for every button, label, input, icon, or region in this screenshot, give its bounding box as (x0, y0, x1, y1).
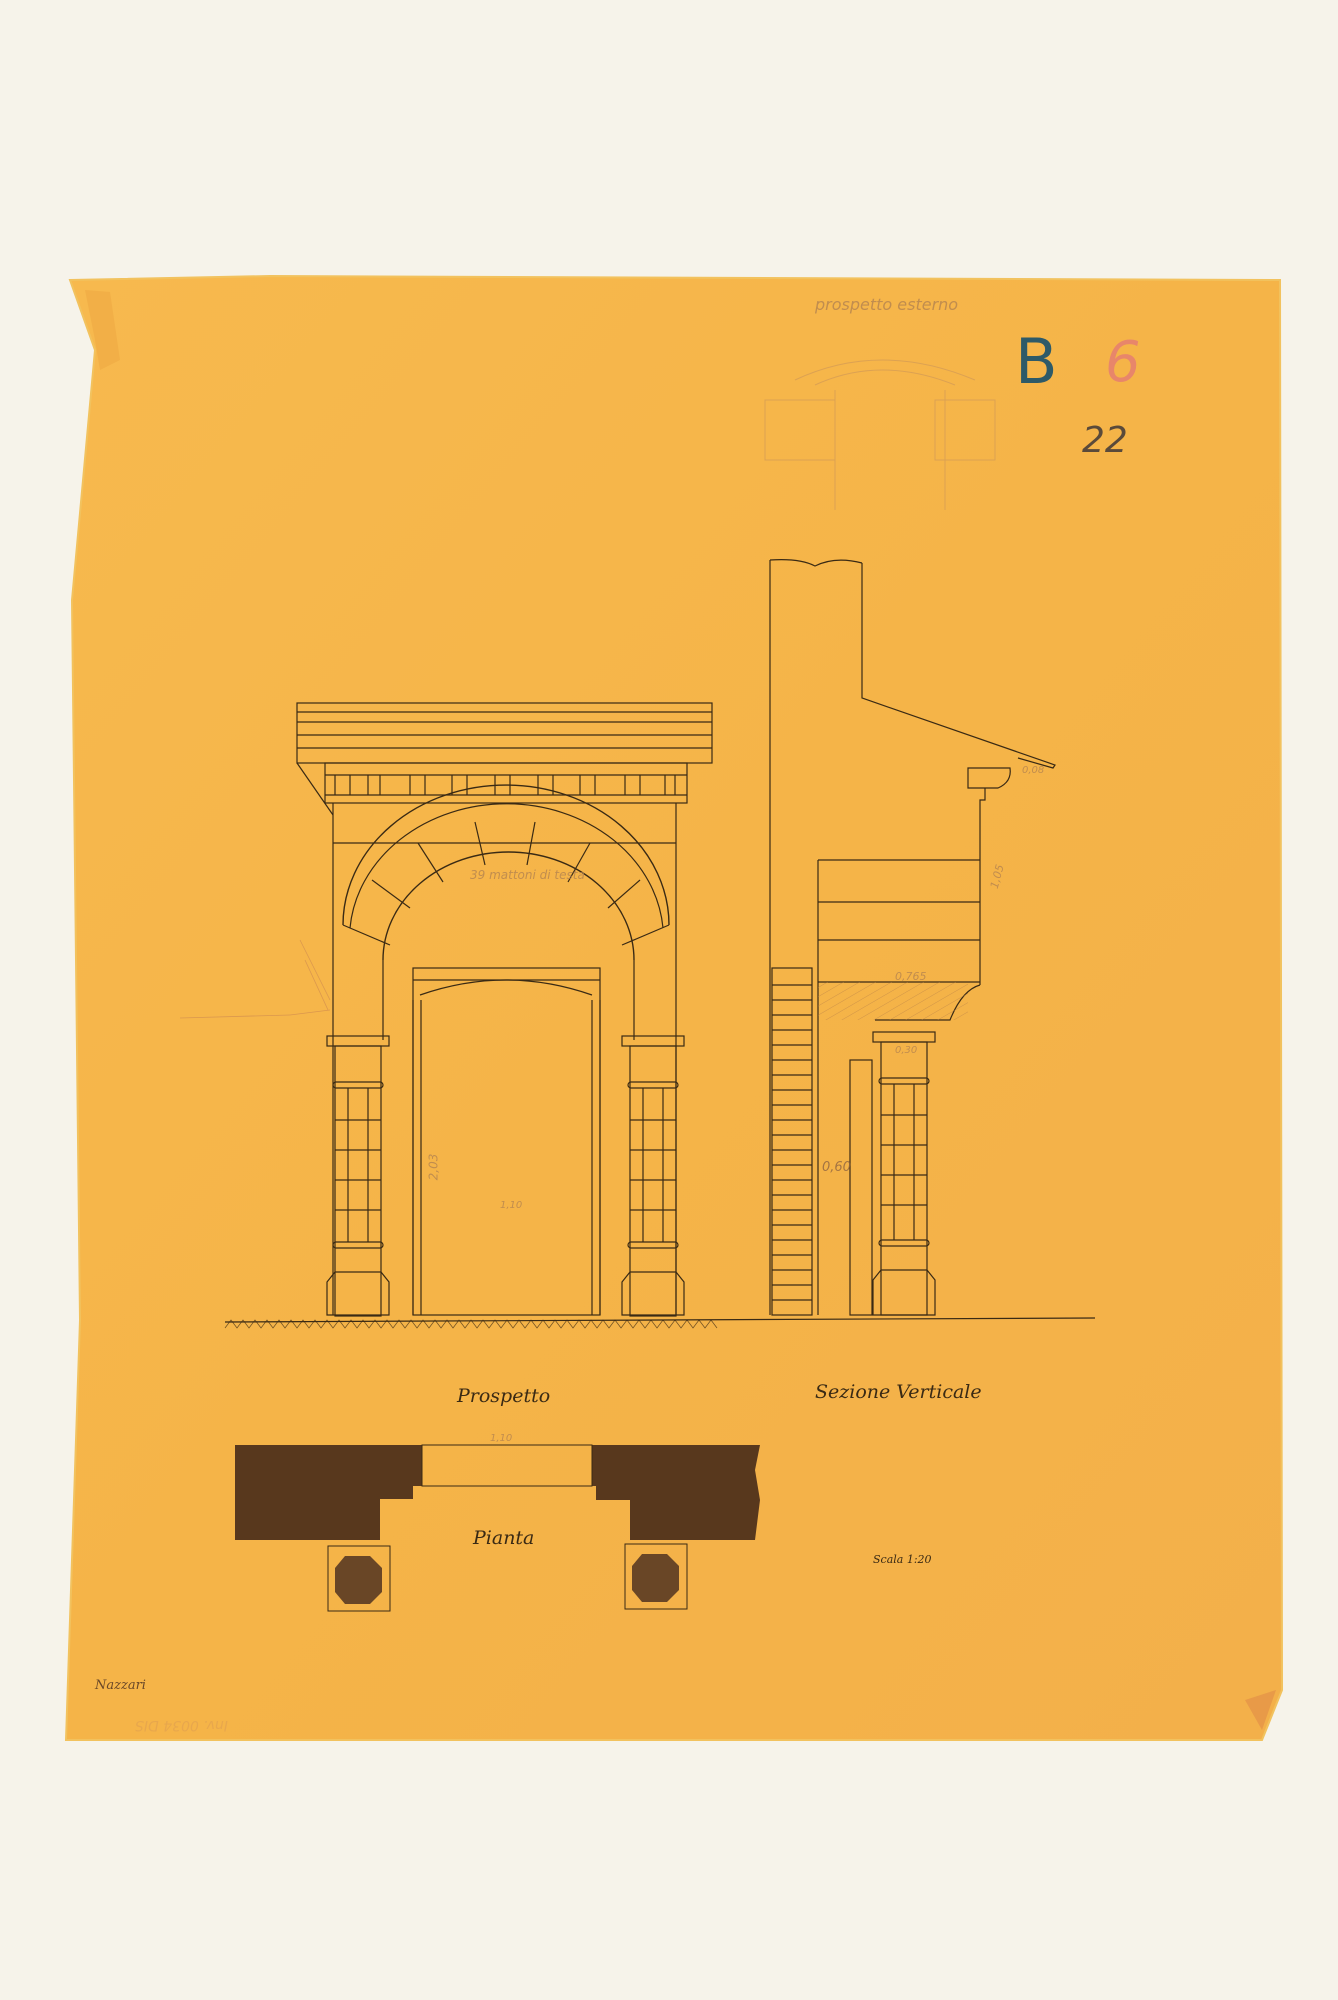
scale-note: Scala 1:20 (873, 1553, 932, 1566)
drawing-sheet: B 6 22 prospetto esterno 39 mattoni di t… (0, 0, 1338, 2000)
title-sezione-verticale: Sezione Verticale (815, 1381, 982, 1403)
dim-section-lintel: 0,765 (895, 970, 927, 983)
dim-plan-width: 1,10 (490, 1433, 512, 1444)
archive-number-red: 6 (1105, 330, 1141, 395)
dim-cornice: 0,08 (1022, 765, 1044, 776)
archive-letter: B (1015, 325, 1058, 398)
dim-door-width: 1,10 (500, 1200, 522, 1211)
signature: Nazzari (95, 1678, 146, 1693)
dim-door-height: 2,03 (426, 1154, 440, 1181)
arch-note: 39 mattoni di testa (470, 868, 585, 882)
inventory-stamp: Inv. 0034 DIS (135, 1717, 228, 1733)
archive-number-pencil: 22 (1082, 420, 1128, 461)
pencil-sketch-title: prospetto esterno (815, 295, 958, 314)
title-pianta: Pianta (473, 1527, 534, 1549)
dim-section-depth: 0,60 (822, 1160, 851, 1175)
dim-capital: 0,30 (895, 1045, 917, 1056)
architectural-drawing (0, 0, 1338, 2000)
title-prospetto: Prospetto (457, 1385, 550, 1407)
